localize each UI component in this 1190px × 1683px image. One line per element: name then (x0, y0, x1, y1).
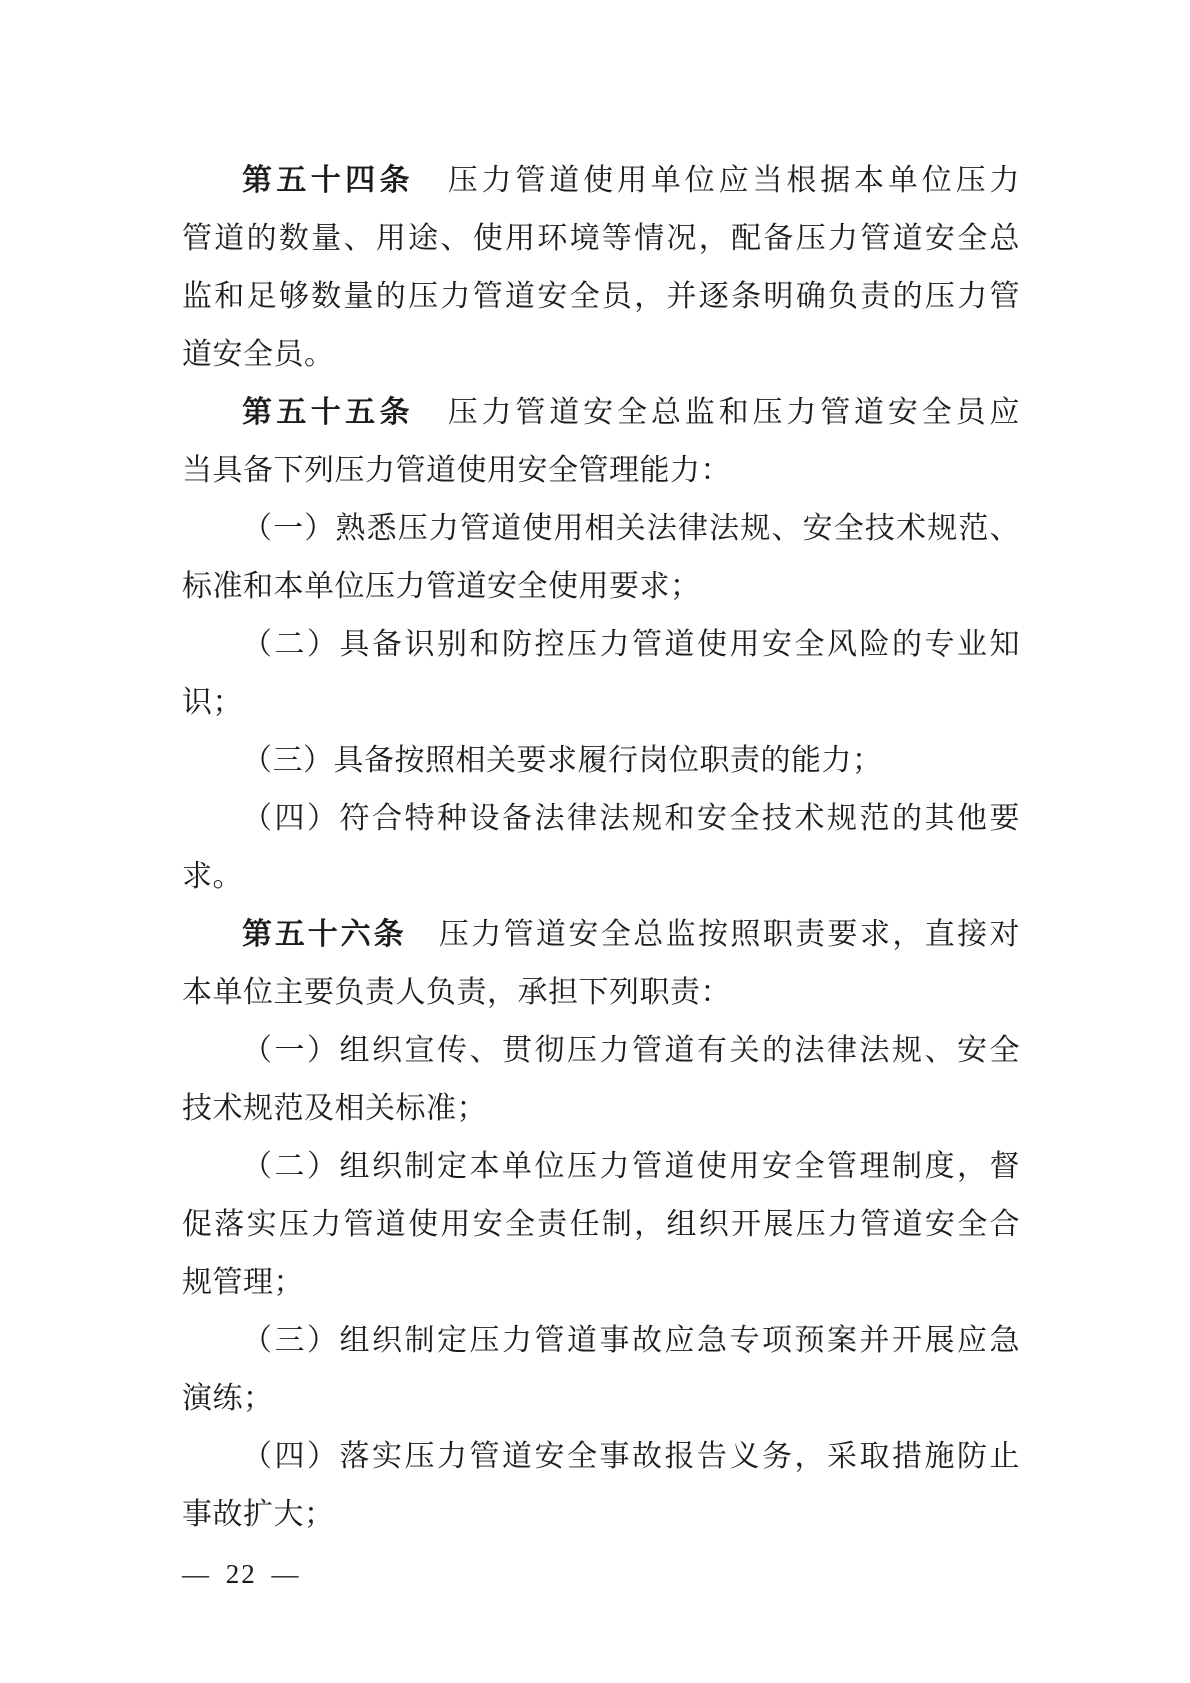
article-heading-line: 第五十四条 压力管道使用单位应当根据本单位压力 (182, 152, 1020, 210)
doc-line: 求。 (182, 848, 1020, 906)
page-footer: — 22 — (182, 1556, 301, 1592)
article-heading-text: 压力管道安全总监和压力管道安全员应 (414, 396, 1020, 429)
article-number: 第五十六条 (242, 918, 406, 951)
document-body: 第五十四条 压力管道使用单位应当根据本单位压力 管道的数量、用途、使用环境等情况… (182, 152, 1020, 1544)
article-number: 第五十四条 (242, 164, 414, 197)
doc-line: 技术规范及相关标准； (182, 1080, 1020, 1138)
doc-line: （三）组织制定压力管道事故应急专项预案并开展应急 (182, 1312, 1020, 1370)
doc-line: （二）组织制定本单位压力管道使用安全管理制度，督 (182, 1138, 1020, 1196)
page-number: — 22 — (182, 1559, 301, 1589)
doc-line: 促落实压力管道使用安全责任制，组织开展压力管道安全合 (182, 1196, 1020, 1254)
doc-line: （三）具备按照相关要求履行岗位职责的能力； (182, 732, 1020, 790)
document-page: 第五十四条 压力管道使用单位应当根据本单位压力 管道的数量、用途、使用环境等情况… (0, 0, 1190, 1683)
article-heading-text: 压力管道安全总监按照职责要求，直接对 (406, 918, 1020, 951)
article-heading-line: 第五十六条 压力管道安全总监按照职责要求，直接对 (182, 906, 1020, 964)
doc-line: （四）落实压力管道安全事故报告义务，采取措施防止 (182, 1428, 1020, 1486)
doc-line: 识； (182, 674, 1020, 732)
doc-line: 本单位主要负责人负责，承担下列职责： (182, 964, 1020, 1022)
doc-line: 监和足够数量的压力管道安全员，并逐条明确负责的压力管 (182, 268, 1020, 326)
article-heading-line: 第五十五条 压力管道安全总监和压力管道安全员应 (182, 384, 1020, 442)
doc-line: 规管理； (182, 1254, 1020, 1312)
doc-line: 道安全员。 (182, 326, 1020, 384)
doc-line: （四）符合特种设备法律法规和安全技术规范的其他要 (182, 790, 1020, 848)
doc-line: 演练； (182, 1370, 1020, 1428)
article-heading-text: 压力管道使用单位应当根据本单位压力 (414, 164, 1020, 197)
doc-line: （一）组织宣传、贯彻压力管道有关的法律法规、安全 (182, 1022, 1020, 1080)
doc-line: （二）具备识别和防控压力管道使用安全风险的专业知 (182, 616, 1020, 674)
doc-line: （一）熟悉压力管道使用相关法律法规、安全技术规范、 (182, 500, 1020, 558)
doc-line: 事故扩大； (182, 1486, 1020, 1544)
doc-line: 当具备下列压力管道使用安全管理能力： (182, 442, 1020, 500)
doc-line: 标准和本单位压力管道安全使用要求； (182, 558, 1020, 616)
article-number: 第五十五条 (242, 396, 414, 429)
doc-line: 管道的数量、用途、使用环境等情况，配备压力管道安全总 (182, 210, 1020, 268)
